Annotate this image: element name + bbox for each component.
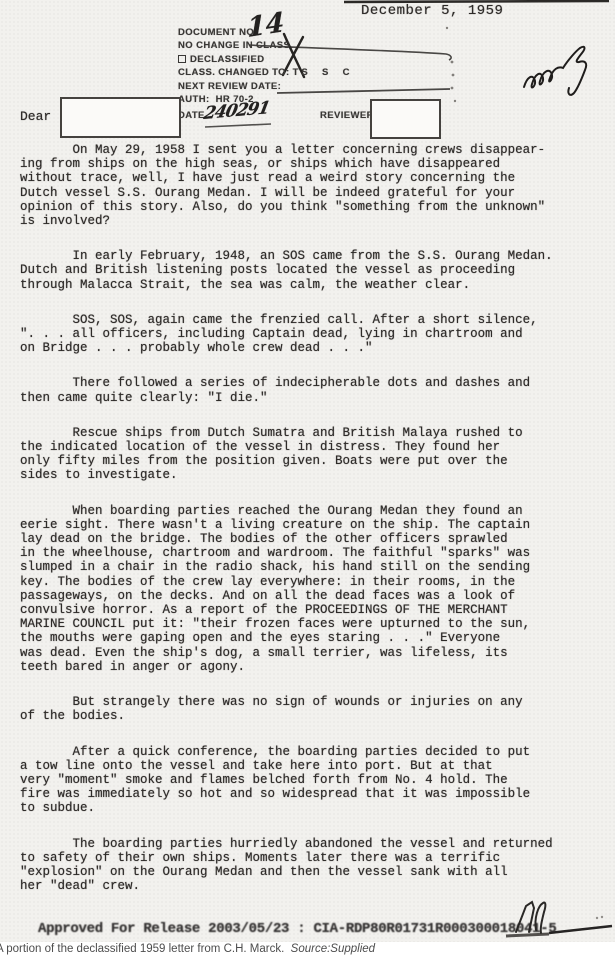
letter-line: The boarding parties hurriedly abandoned…: [20, 837, 610, 851]
stamp-auth-label: AUTH:: [178, 94, 210, 105]
letter-line: the indicated location of the vessel in …: [20, 440, 610, 454]
letter-paragraph: When boarding parties reached the Ourang…: [20, 504, 610, 674]
letter-line: was dead. Even the ship's dog, a small t…: [20, 646, 610, 660]
image-caption: A portion of the declassified 1959 lette…: [0, 943, 375, 955]
letter-line: In early February, 1948, an SOS came fro…: [20, 249, 610, 263]
letter-line: "explosion" on the Ourang Medan and then…: [20, 865, 610, 879]
letter-line: teeth bared in anger or agony.: [20, 660, 610, 674]
letter-paragraph: SOS, SOS, again came the frenzied call. …: [20, 313, 610, 356]
letter-date: December 5, 1959: [361, 3, 503, 19]
letter-paragraph: On May 29, 1958 I sent you a letter conc…: [20, 143, 610, 228]
letter-line: slumped in a chair in the radio shack, h…: [20, 560, 610, 574]
letter-line: Dutch vessel S.S. Ourang Medan. I will b…: [20, 186, 610, 200]
letter-line: opinion of this story. Also, do you thin…: [20, 200, 610, 214]
letter-line: lay dead on the bridge. The bodies of th…: [20, 532, 610, 546]
news-article-image: December 5, 1959 DOCUMENT NO. NO CHANGE …: [0, 0, 615, 959]
letter-line: key. The bodies of the crew lay everywhe…: [20, 575, 610, 589]
redaction-box-recipient: [60, 97, 181, 138]
caption-source: Source:Supplied: [291, 943, 375, 955]
letter-line: to safety of their own ships. Moments la…: [20, 851, 610, 865]
letter-line: passageways, on the decks. And on all th…: [20, 589, 610, 603]
top-rule-line: [344, 1, 609, 2]
checkbox-icon: [178, 55, 186, 63]
stamp-declassified-label: DECLASSIFIED: [190, 54, 264, 65]
letter-body: On May 29, 1958 I sent you a letter conc…: [20, 143, 610, 914]
letter-line: On May 29, 1958 I sent you a letter conc…: [20, 143, 610, 157]
redaction-box-reviewer: [370, 99, 441, 139]
letter-line: MARINE COUNCIL put it: "their frozen fac…: [20, 617, 610, 631]
stamp-document-no: DOCUMENT NO.: [178, 26, 468, 39]
letter-line: fire was immediately so hot and so wides…: [20, 787, 610, 801]
letter-line: her "dead" crew.: [20, 879, 610, 893]
caption-text: A portion of the declassified 1959 lette…: [0, 943, 291, 955]
letter-line: ". . . all officers, including Captain d…: [20, 327, 610, 341]
letter-paragraph: After a quick conference, the boarding p…: [20, 745, 610, 816]
letter-line: eerie sight. There wasn't a living creat…: [20, 518, 610, 532]
letter-line: to subdue.: [20, 801, 610, 815]
stamp-class-changed-label: CLASS. CHANGED TO:: [178, 67, 290, 78]
caption-strip: A portion of the declassified 1959 lette…: [0, 942, 615, 959]
stamp-class-changed: CLASS. CHANGED TO: TS S C: [178, 66, 468, 79]
letter-line: the mouths were gaping open and the eyes…: [20, 631, 610, 645]
letter-paragraph: In early February, 1948, an SOS came fro…: [20, 249, 610, 292]
letter-line: on Bridge . . . probably whole crew dead…: [20, 341, 610, 355]
letter-line: of the bodies.: [20, 709, 610, 723]
letter-line: in the wheelhouse, chartroom and wardroo…: [20, 546, 610, 560]
handwritten-document-number: 14: [247, 7, 285, 44]
release-strike-line: [549, 926, 612, 933]
letter-line: convulsive horror. As a report of the PR…: [20, 603, 610, 617]
letter-line: then came quite clearly: "I die.": [20, 391, 610, 405]
letter-paragraph: Rescue ships from Dutch Sumatra and Brit…: [20, 426, 610, 483]
letter-line: But strangely there was no sign of wound…: [20, 695, 610, 709]
letter-line: a tow line onto the vessel and take here…: [20, 759, 610, 773]
letter-line: When boarding parties reached the Ourang…: [20, 504, 610, 518]
letter-line: through Malacca Strait, the sea was calm…: [20, 278, 610, 292]
signature-scribble: [524, 47, 586, 95]
letter-line: There followed a series of indecipherabl…: [20, 376, 610, 390]
letter-line: SOS, SOS, again came the frenzied call. …: [20, 313, 610, 327]
letter-paragraph: The boarding parties hurriedly abandoned…: [20, 837, 610, 894]
date-scrawl-underline: [205, 124, 271, 127]
letter-line: very "moment" smoke and flames belched f…: [20, 773, 610, 787]
letter-line: Dutch and British listening posts locate…: [20, 263, 610, 277]
salutation: Dear: [20, 109, 51, 124]
stamp-declassified: DECLASSIFIED: [178, 53, 468, 66]
letter-line: Rescue ships from Dutch Sumatra and Brit…: [20, 426, 610, 440]
letter-line: After a quick conference, the boarding p…: [20, 745, 610, 759]
letter-paragraph: There followed a series of indecipherabl…: [20, 376, 610, 404]
scanned-letter: December 5, 1959 DOCUMENT NO. NO CHANGE …: [0, 0, 615, 942]
letter-line: is involved?: [20, 214, 610, 228]
approved-for-release-line: Approved For Release 2003/05/23 : CIA-RD…: [38, 921, 557, 937]
letter-line: only fifty miles from the position given…: [20, 454, 610, 468]
stamp-class-changed-value: TS S C: [293, 67, 353, 78]
letter-paragraph: But strangely there was no sign of wound…: [20, 695, 610, 723]
letter-line: without trace, well, I have just read a …: [20, 171, 610, 185]
letter-line: sides to investigate.: [20, 468, 610, 482]
margin-artifact-dots: [596, 916, 603, 919]
stamp-date-label: DATE: [178, 110, 205, 121]
stamp-next-review: NEXT REVIEW DATE:: [178, 80, 468, 93]
stamp-reviewer-label: REVIEWER:: [320, 109, 377, 122]
stamp-no-change: NO CHANGE IN CLASS.: [178, 39, 468, 52]
letter-line: ing from ships on the high seas, or ship…: [20, 157, 610, 171]
